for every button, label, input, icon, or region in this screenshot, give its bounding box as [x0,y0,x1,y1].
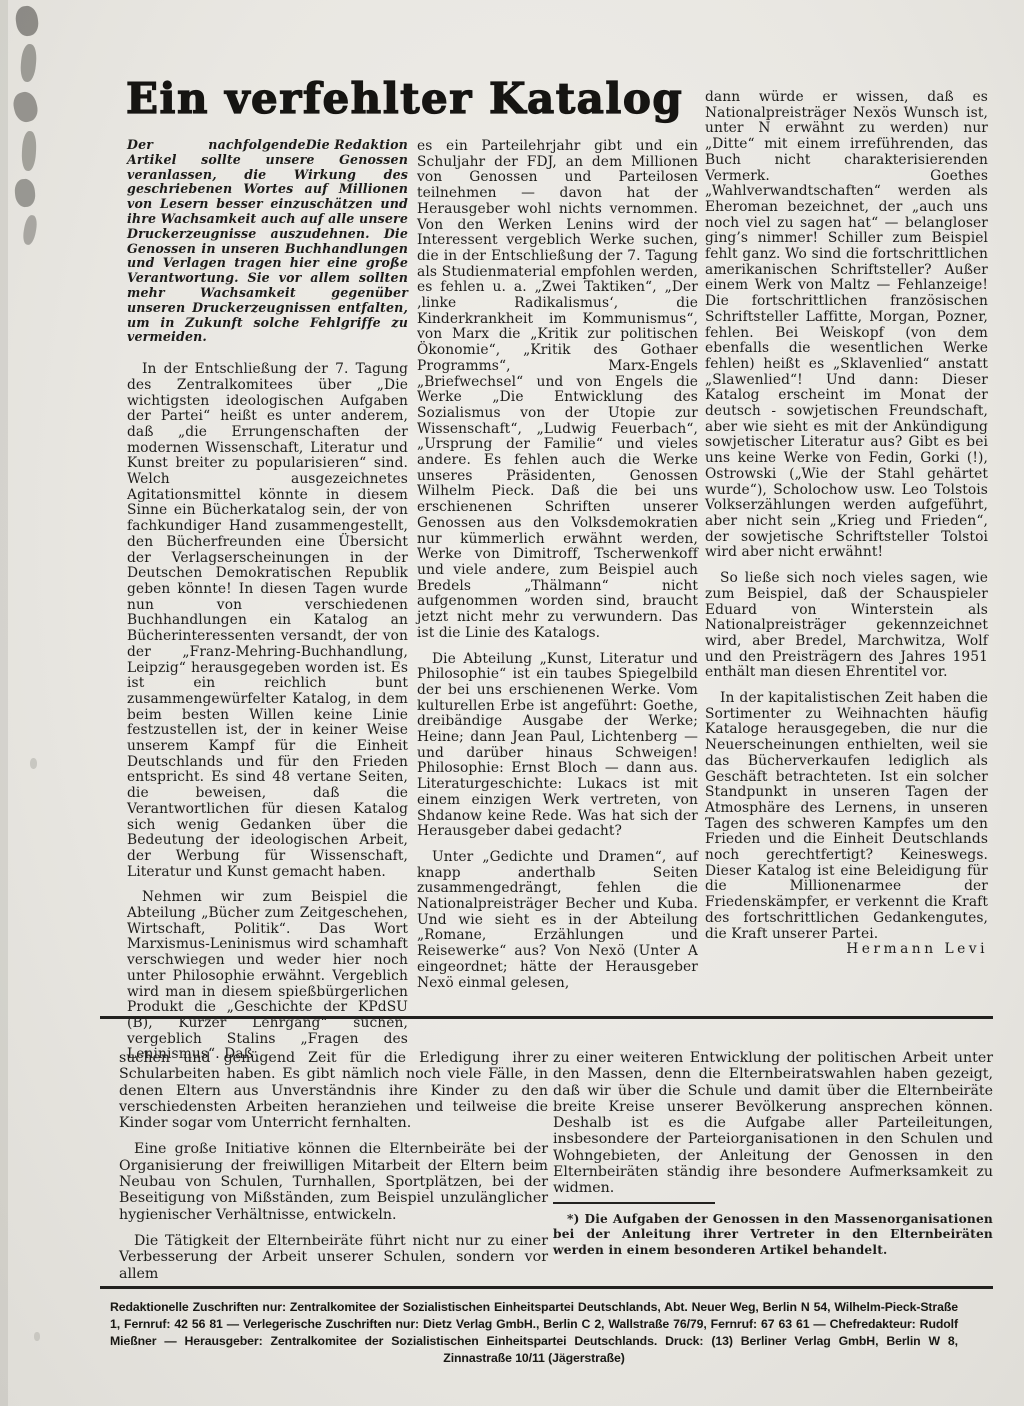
article-column-2: es ein Parteilehrjahr gibt und ein Schul… [417,139,698,991]
article-column-1: Die Redaktion Der nachfolgende Artikel s… [127,138,408,1063]
paragraph: zu einer weiteren Entwicklung der politi… [553,1050,993,1197]
scan-artifact [14,178,37,208]
scan-artifact [34,1332,40,1341]
paragraph: In der kapitalistischen Zeit haben die S… [705,691,988,942]
paragraph: suchen und genügend Zeit für die Erledig… [119,1050,548,1131]
paragraph: Die Abteilung „Kunst, Literatur und Phil… [417,652,698,840]
editorial-intro: Die Redaktion Der nachfolgende Artikel s… [127,138,408,345]
bottom-column-right: zu einer weiteren Entwicklung der politi… [553,1050,993,1197]
imprint-footer: Redaktionelle Zuschriften nur: Zentralko… [110,1299,958,1367]
paragraph: Nehmen wir zum Beispiel die Abteilung „B… [127,890,408,1063]
paragraph: es ein Parteilehrjahr gibt und ein Schul… [417,139,698,642]
paragraph: Unter „Gedichte und Dramen“, auf knapp a… [417,850,698,991]
footnote-separator-rule [553,1202,715,1204]
scan-artifact [21,214,38,246]
bottom-column-left: suchen und genügend Zeit für die Erledig… [119,1050,548,1282]
scan-artifact [0,0,8,1406]
scan-artifact [21,131,37,172]
scan-artifact [30,758,37,769]
editorial-intro-text: Der nachfolgende Artikel sollte unsere G… [127,137,408,344]
section-divider-rule [100,1016,993,1019]
paragraph: Die Tätigkeit der Elternbeiräte führt ni… [119,1233,548,1282]
footnote: *) Die Aufgaben der Genossen in den Mass… [553,1212,993,1258]
editorial-byline: Die Redaktion [306,138,408,153]
paragraph: Eine große Initiative können die Elternb… [119,1141,548,1222]
footer-divider-rule [100,1286,993,1289]
paragraph-text: In der kapitalistischen Zeit haben die S… [705,690,988,942]
author-signature: Hermann Levi [831,942,988,958]
article-column-3: dann würde er wissen, daß es Nationalpre… [705,90,988,958]
scan-artifact [14,5,40,38]
article-title: Ein verfehlter Katalog [126,76,683,122]
scanned-newspaper-page: Ein verfehlter Katalog Die Redaktion Der… [0,0,1024,1406]
scan-artifact [19,43,37,82]
scan-artifact [11,90,41,125]
paragraph: dann würde er wissen, daß es Nationalpre… [705,90,988,561]
paragraph: In der Entschließung der 7. Tagung des Z… [127,362,408,880]
paragraph: So ließe sich noch vieles sagen, wie zum… [705,571,988,681]
